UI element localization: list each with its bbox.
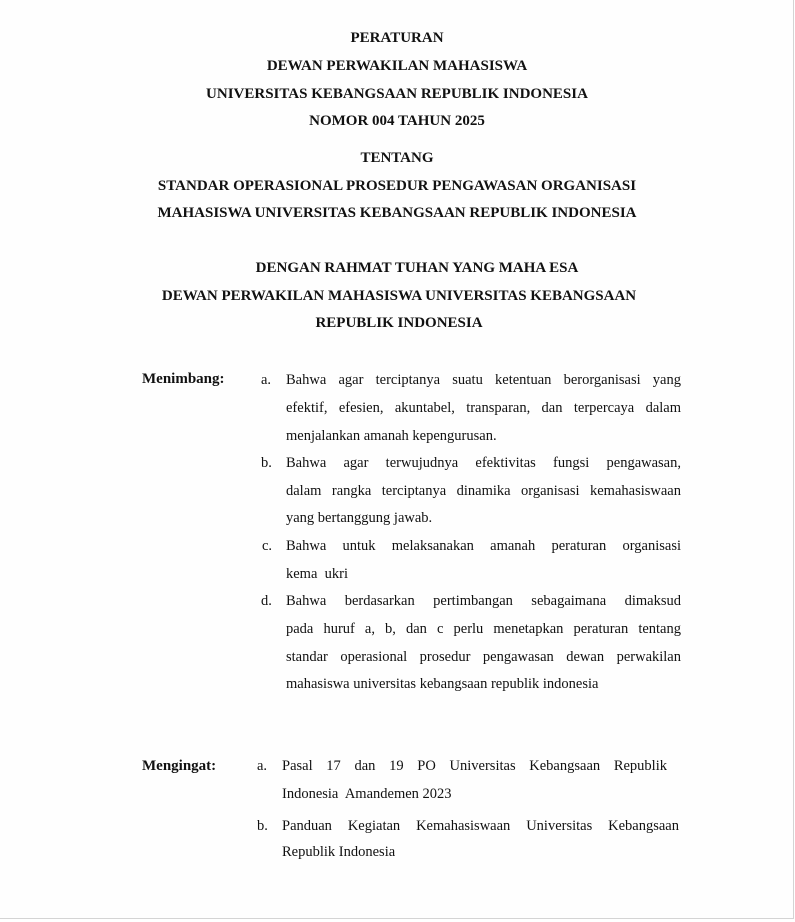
item-line: efektif, efesien, akuntabel, transparan,… — [286, 399, 681, 417]
preamble-line: REPUBLIK INDONESIA — [2, 314, 795, 332]
item-marker: a. — [261, 371, 271, 389]
document-page: PERATURAN DEWAN PERWAKILAN MAHASISWA UNI… — [0, 0, 794, 919]
university-heading: UNIVERSITAS KEBANGSAAN REPUBLIK INDONESI… — [0, 85, 794, 103]
item-line: Bahwa agar terciptanya suatu ketentuan b… — [286, 371, 681, 389]
item-marker: c. — [262, 537, 272, 555]
item-line: Pasal 17 dan 19 PO Universitas Kebangsaa… — [282, 757, 667, 775]
issuer-heading: DEWAN PERWAKILAN MAHASISWA — [0, 57, 794, 75]
item-line: Indonesia Amandemen 2023 — [282, 785, 452, 803]
subject-title-line: STANDAR OPERASIONAL PROSEDUR PENGAWASAN … — [0, 177, 794, 195]
item-line: kema ukri — [286, 565, 348, 583]
item-line: standar operasional prosedur pengawasan … — [286, 648, 681, 666]
regulation-number: NOMOR 004 TAHUN 2025 — [0, 112, 794, 130]
item-line: Bahwa untuk melaksanakan amanah peratura… — [286, 537, 681, 555]
item-line: pada huruf a, b, dan c perlu menetapkan … — [286, 620, 681, 638]
tentang-heading: TENTANG — [0, 149, 794, 167]
subject-title-line: MAHASISWA UNIVERSITAS KEBANGSAAN REPUBLI… — [0, 204, 794, 222]
item-marker: b. — [261, 454, 272, 472]
item-line: mahasiswa universitas kebangsaan republi… — [286, 675, 598, 693]
item-line: yang bertanggung jawab. — [286, 509, 432, 527]
item-line: menjalankan amanah kepengurusan. — [286, 427, 497, 445]
mengingat-label: Mengingat: — [142, 757, 216, 775]
item-line: Bahwa berdasarkan pertimbangan sebagaima… — [286, 592, 681, 610]
doc-type-heading: PERATURAN — [0, 29, 794, 47]
item-marker: a. — [257, 757, 267, 775]
preamble-line: DEWAN PERWAKILAN MAHASISWA UNIVERSITAS K… — [0, 287, 795, 305]
preamble-line: DENGAN RAHMAT TUHAN YANG MAHA ESA — [20, 259, 795, 277]
menimbang-label: Menimbang: — [142, 370, 225, 388]
item-line: Bahwa agar terwujudnya efektivitas fungs… — [286, 454, 681, 472]
item-line: dalam rangka terciptanya dinamika organi… — [286, 482, 681, 500]
item-marker: d. — [261, 592, 272, 610]
item-line: Panduan Kegiatan Kemahasiswaan Universit… — [282, 817, 679, 835]
item-line: Republik Indonesia — [282, 843, 395, 861]
item-marker: b. — [257, 817, 268, 835]
